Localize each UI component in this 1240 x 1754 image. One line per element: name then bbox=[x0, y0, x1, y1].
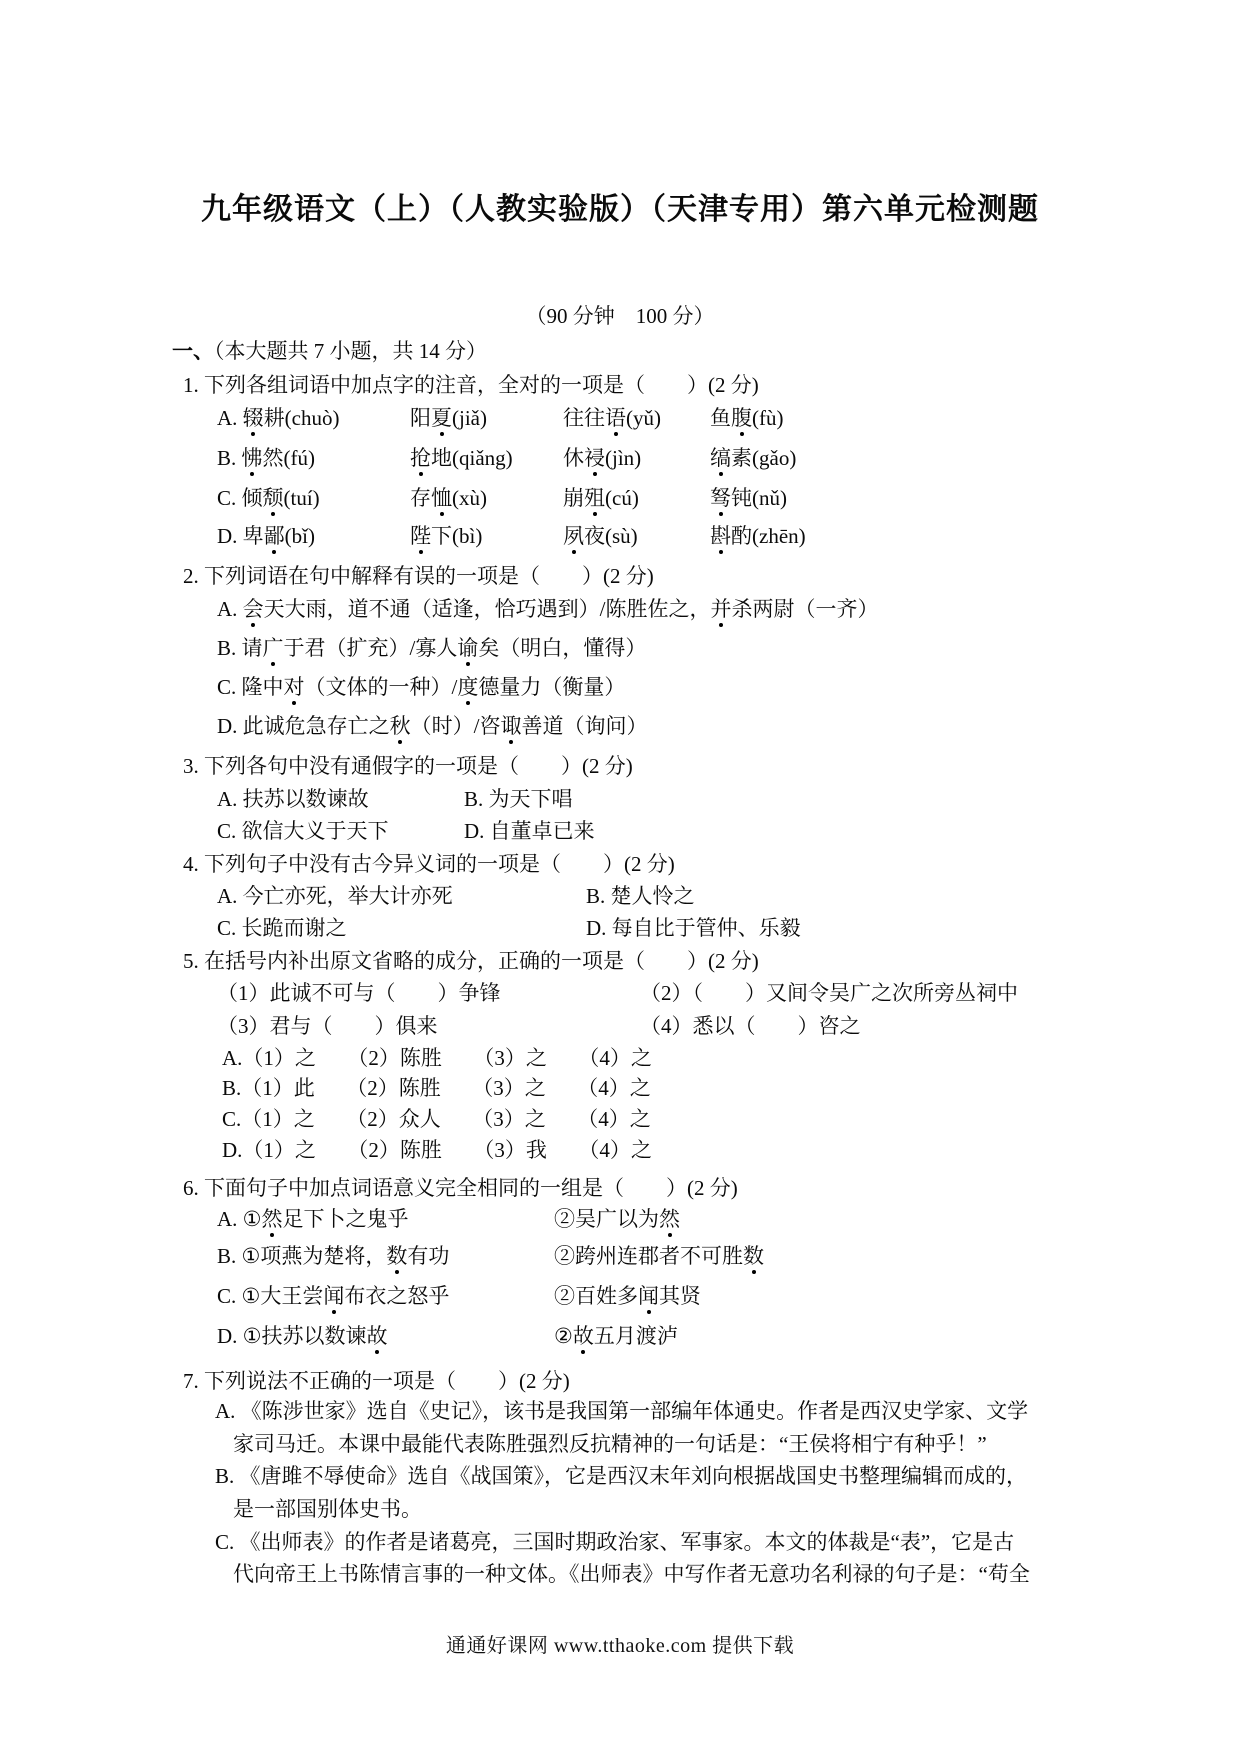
option-cell: 往往语(yǔ) bbox=[563, 405, 710, 432]
option-cell: C. 倾颓(tuí) bbox=[217, 485, 410, 512]
q5-option-d: D.（1）之 （2）陈胜 （3）我 （4）之 bbox=[222, 1137, 652, 1164]
dotted-char: 缟 bbox=[710, 445, 731, 472]
option-cell: D. 自董卓已来 bbox=[464, 818, 595, 845]
q7-option-a-line2: 家司马迁。本课中最能代表陈胜强烈反抗精神的一句话是：“王侯将相宁有种乎！” bbox=[233, 1431, 987, 1458]
option-cell: 抢地(qiǎng) bbox=[410, 445, 563, 472]
option-cell: D. 每自比于管仲、乐毅 bbox=[586, 915, 801, 942]
q6-option-row-c: C. ①大王尝闻布衣之怒乎 ②百姓多闻其贤 bbox=[217, 1283, 701, 1310]
option-cell: ②百姓多闻其贤 bbox=[554, 1283, 701, 1310]
cloze-item: （1）此诚不可与（ ）争锋 bbox=[217, 980, 640, 1007]
dotted-char: 陛 bbox=[410, 523, 431, 550]
question-4-stem: 4. 下列句子中没有古今异义词的一项是（ ）(2 分) bbox=[183, 851, 675, 878]
dotted-char: 会 bbox=[243, 596, 264, 623]
dotted-char: 广 bbox=[263, 635, 284, 662]
dotted-char: 辍 bbox=[243, 405, 264, 432]
q4-option-row-ab: A. 今亡亦死，举大计亦死 B. 楚人怜之 bbox=[217, 883, 695, 910]
dotted-char: 闻 bbox=[323, 1283, 344, 1310]
option-cell: B. 为天下唱 bbox=[464, 786, 573, 813]
dotted-char: 语 bbox=[605, 405, 626, 432]
cloze-item: （2）（ ）又间令吴广之次所旁丛祠中 bbox=[640, 980, 1018, 1007]
question-7-stem: 7. 下列说法不正确的一项是（ ）(2 分) bbox=[183, 1368, 570, 1395]
option-cell: A. 扶苏以数谏故 bbox=[217, 786, 464, 813]
dotted-char: 恤 bbox=[431, 485, 452, 512]
question-1-stem: 1. 下列各组词语中加点字的注音，全对的一项是（ ）(2 分) bbox=[183, 372, 759, 399]
section-heading: 一、（本大题共 7 小题，共 14 分） bbox=[172, 338, 487, 365]
q2-option-a: A. 会天大雨，道不通（适逢，恰巧遇到）/陈胜佐之，并杀两尉（一齐） bbox=[217, 596, 879, 623]
q3-option-row-cd: C. 欲信大义于天下 D. 自董卓已来 bbox=[217, 818, 595, 845]
q1-option-row-a: A. 辍耕(chuò) 阳夏(jiǎ) 往往语(yǔ) 鱼腹(fù) bbox=[217, 405, 783, 432]
dotted-char: 殂 bbox=[584, 485, 605, 512]
dotted-char: 秋 bbox=[390, 713, 411, 740]
q3-option-row-ab: A. 扶苏以数谏故 B. 为天下唱 bbox=[217, 786, 573, 813]
question-2-stem: 2. 下列词语在句中解释有误的一项是（ ）(2 分) bbox=[183, 563, 654, 590]
dotted-char: 度 bbox=[457, 674, 478, 701]
option-cell: 崩殂(cú) bbox=[563, 485, 710, 512]
option-cell: C. ①大王尝闻布衣之怒乎 bbox=[217, 1283, 554, 1310]
option-cell: 夙夜(sù) bbox=[563, 523, 710, 550]
dotted-char: 故 bbox=[367, 1323, 388, 1350]
dotted-char: 祲 bbox=[584, 445, 605, 472]
option-cell: C. 欲信大义于天下 bbox=[217, 818, 464, 845]
q5-option-c: C.（1）之 （2）众人 （3）之 （4）之 bbox=[222, 1106, 651, 1133]
q2-option-c: C. 隆中对（文体的一种）/度德量力（衡量） bbox=[217, 674, 625, 701]
option-cell: D. ①扶苏以数谏故 bbox=[217, 1323, 554, 1350]
option-cell: 驽钝(nǔ) bbox=[710, 485, 787, 512]
dotted-char: 故 bbox=[573, 1323, 594, 1350]
question-6-stem: 6. 下面句子中加点词语意义完全相同的一组是（ ）(2 分) bbox=[183, 1175, 738, 1202]
dotted-char: 斟 bbox=[710, 523, 731, 550]
q7-option-a-line1: A. 《陈涉世家》选自《史记》，该书是我国第一部编年体通史。作者是西汉史学家、文… bbox=[215, 1398, 1028, 1425]
footer-watermark: 通通好课网 www.tthaoke.com 提供下载 bbox=[0, 1633, 1240, 1659]
dotted-char: 怫 bbox=[242, 445, 263, 472]
q5-option-a: A.（1）之 （2）陈胜 （3）之 （4）之 bbox=[222, 1045, 652, 1072]
option-cell: 存恤(xù) bbox=[410, 485, 563, 512]
dotted-char: 驽 bbox=[710, 485, 731, 512]
option-cell: 鱼腹(fù) bbox=[710, 405, 783, 432]
doc-title: 九年级语文（上）（人教实验版）（天津专用）第六单元检测题 bbox=[0, 190, 1240, 229]
doc-subtitle: （90 分钟 100 分） bbox=[0, 303, 1240, 330]
q7-option-b-line2: 是一部国别体史书。 bbox=[233, 1496, 422, 1523]
cloze-item: （3）君与（ ）俱来 bbox=[217, 1013, 640, 1040]
q2-option-d: D. 此诚危急存亡之秋（时）/咨诹善道（询问） bbox=[217, 713, 648, 740]
q1-option-row-c: C. 倾颓(tuí) 存恤(xù) 崩殂(cú) 驽钝(nǔ) bbox=[217, 485, 787, 512]
option-cell: 缟素(gǎo) bbox=[710, 445, 796, 472]
dotted-char: 数 bbox=[743, 1243, 764, 1270]
option-cell: 斟酌(zhēn) bbox=[710, 523, 806, 550]
q6-option-row-b: B. ①项燕为楚将，数有功 ②跨州连郡者不可胜数 bbox=[217, 1243, 764, 1270]
q7-option-b-line1: B. 《唐雎不辱使命》选自《战国策》，它是西汉末年刘向根据战国史书整理编辑而成的… bbox=[215, 1463, 1027, 1490]
section-points: （本大题共 7 小题，共 14 分） bbox=[214, 339, 487, 363]
option-cell: ②跨州连郡者不可胜数 bbox=[554, 1243, 764, 1270]
dotted-char: 数 bbox=[386, 1243, 407, 1270]
dotted-char: 诹 bbox=[501, 713, 522, 740]
option-cell: 休祲(jìn) bbox=[563, 445, 710, 472]
q7-option-c-line2: 代向帝王上书陈情言事的一种文体。《出师表》中写作者无意功名利禄的句子是：“苟全 bbox=[233, 1561, 1030, 1588]
option-cell: A. 今亡亦死，举大计亦死 bbox=[217, 883, 586, 910]
option-cell: A. ①然足下卜之鬼乎 bbox=[217, 1206, 554, 1233]
question-3-stem: 3. 下列各句中没有通假字的一项是（ ）(2 分) bbox=[183, 753, 633, 780]
option-cell: 阳夏(jiǎ) bbox=[410, 405, 563, 432]
q4-option-row-cd: C. 长跪而谢之 D. 每自比于管仲、乐毅 bbox=[217, 915, 801, 942]
dotted-char: 夏 bbox=[431, 405, 452, 432]
dotted-char: 并 bbox=[711, 596, 732, 623]
q6-option-row-d: D. ①扶苏以数谏故 ②故五月渡泸 bbox=[217, 1323, 678, 1350]
q6-option-row-a: A. ①然足下卜之鬼乎 ②吴广以为然 bbox=[217, 1206, 680, 1233]
option-cell: ②故五月渡泸 bbox=[554, 1323, 678, 1350]
option-cell: ②吴广以为然 bbox=[554, 1206, 680, 1233]
dotted-char: 鄙 bbox=[264, 523, 285, 550]
option-cell: 陛下(bì) bbox=[410, 523, 563, 550]
q1-option-row-b: B. 怫然(fú) 抢地(qiǎng) 休祲(jìn) 缟素(gǎo) bbox=[217, 445, 796, 472]
dotted-char: 谕 bbox=[457, 635, 478, 662]
dotted-char: 抢 bbox=[410, 445, 431, 472]
option-cell: A. 辍耕(chuò) bbox=[217, 405, 410, 432]
q7-option-c-line1: C. 《出师表》的作者是诸葛亮，三国时期政治家、军事家。本文的体裁是“表”，它是… bbox=[215, 1529, 1014, 1556]
dotted-char: 对 bbox=[284, 674, 305, 701]
option-cell: B. ①项燕为楚将，数有功 bbox=[217, 1243, 554, 1270]
option-cell: C. 长跪而谢之 bbox=[217, 915, 586, 942]
dotted-char: 夙 bbox=[563, 523, 584, 550]
dotted-char: 腹 bbox=[731, 405, 752, 432]
q5-option-b: B.（1）此 （2）陈胜 （3）之 （4）之 bbox=[222, 1075, 651, 1102]
option-cell: D. 卑鄙(bǐ) bbox=[217, 523, 410, 550]
option-cell: B. 楚人怜之 bbox=[586, 883, 695, 910]
dotted-char: 闻 bbox=[638, 1283, 659, 1310]
q5-item-row-34: （3）君与（ ）俱来 （4）悉以（ ）咨之 bbox=[217, 1013, 861, 1040]
dotted-char: 颓 bbox=[263, 485, 284, 512]
q1-option-row-d: D. 卑鄙(bǐ) 陛下(bì) 夙夜(sù) 斟酌(zhēn) bbox=[217, 523, 806, 550]
q2-option-b: B. 请广于君（扩充）/寡人谕矣（明白，懂得） bbox=[217, 635, 646, 662]
cloze-item: （4）悉以（ ）咨之 bbox=[640, 1013, 861, 1040]
question-5-stem: 5. 在括号内补出原文省略的成分，正确的一项是（ ）(2 分) bbox=[183, 948, 759, 975]
section-number: 一、 bbox=[172, 339, 214, 363]
dotted-char: 然 bbox=[659, 1206, 680, 1233]
exam-page: 九年级语文（上）（人教实验版）（天津专用）第六单元检测题 （90 分钟 100 … bbox=[0, 0, 1240, 1754]
option-cell: B. 怫然(fú) bbox=[217, 445, 410, 472]
q5-item-row-12: （1）此诚不可与（ ）争锋 （2）（ ）又间令吴广之次所旁丛祠中 bbox=[217, 980, 1018, 1007]
dotted-char: 然 bbox=[262, 1206, 283, 1233]
